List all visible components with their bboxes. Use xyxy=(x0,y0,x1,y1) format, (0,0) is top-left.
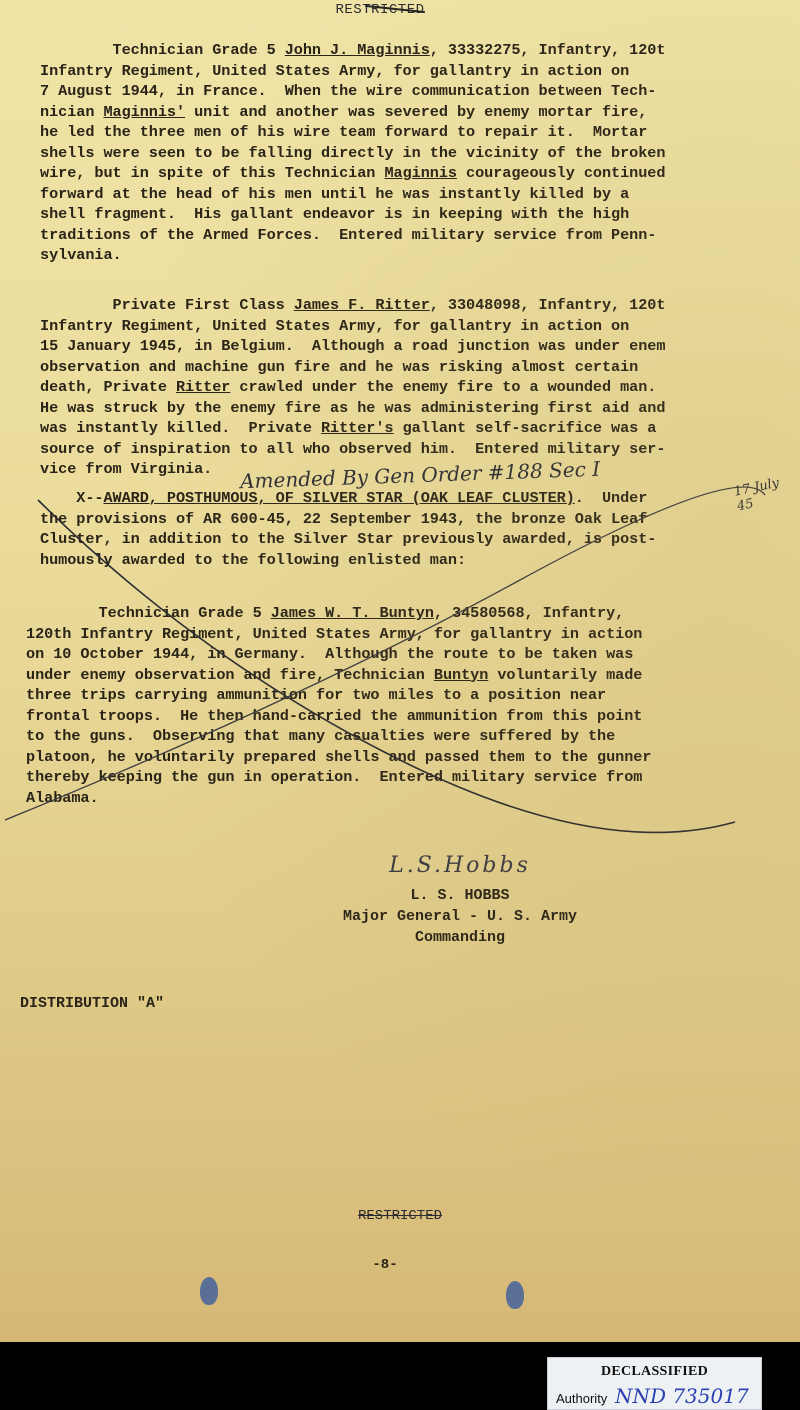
paragraph-section-x: X--AWARD, POSTHUMOUS, OF SILVER STAR (OA… xyxy=(40,488,785,570)
text-line: frontal troops. He then hand-carried the… xyxy=(26,706,771,727)
text-line: Cluster, in addition to the Silver Star … xyxy=(40,529,785,550)
text-line: 120th Infantry Regiment, United States A… xyxy=(26,624,771,645)
signer-role: Commanding xyxy=(330,927,590,948)
page-number: -8- xyxy=(0,1257,770,1273)
text-line: shells were seen to be falling directly … xyxy=(40,143,785,164)
text-line: shell fragment. His gallant endeavor is … xyxy=(40,204,785,225)
text-line: sylvania. xyxy=(40,245,785,266)
text-line: He was struck by the enemy fire as he wa… xyxy=(40,398,785,419)
text-line: under enemy observation and fire, Techni… xyxy=(26,665,771,686)
text-line: Alabama. xyxy=(26,788,771,809)
text-line: X--AWARD, POSTHUMOUS, OF SILVER STAR (OA… xyxy=(40,488,785,509)
text-line: Technician Grade 5 John J. Maginnis, 333… xyxy=(40,40,785,61)
text-line: three trips carrying ammunition for two … xyxy=(26,685,771,706)
text-line: thereby keeping the gun in operation. En… xyxy=(26,767,771,788)
text-line: the provisions of AR 600-45, 22 Septembe… xyxy=(40,509,785,530)
text-line: 7 August 1944, in France. When the wire … xyxy=(40,81,785,102)
text-line: Technician Grade 5 James W. T. Buntyn, 3… xyxy=(26,603,771,624)
text-line: observation and machine gun fire and he … xyxy=(40,357,785,378)
authority-label: Authority xyxy=(556,1391,607,1406)
text-line: he led the three men of his wire team fo… xyxy=(40,122,785,143)
header-stamp-text: RESTRICTED xyxy=(335,2,464,18)
text-line: nician Maginnis' unit and another was se… xyxy=(40,102,785,123)
text-line: humously awarded to the following enlist… xyxy=(40,550,785,571)
text-line: Private First Class James F. Ritter, 330… xyxy=(40,295,785,316)
paragraph-ritter: Private First Class James F. Ritter, 330… xyxy=(40,295,785,480)
text-line: Infantry Regiment, United States Army, f… xyxy=(40,61,785,82)
authority-value: NND 735017 xyxy=(615,1384,749,1408)
text-line: Infantry Regiment, United States Army, f… xyxy=(40,316,785,337)
text-line: platoon, he voluntarily prepared shells … xyxy=(26,747,771,768)
paragraph-maginnis: Technician Grade 5 John J. Maginnis, 333… xyxy=(40,40,785,266)
punch-hole-icon xyxy=(506,1281,524,1309)
signer-name: L. S. HOBBS xyxy=(330,885,590,906)
punch-hole-icon xyxy=(200,1277,218,1305)
declassified-authority: Authority NND 735017 xyxy=(548,1384,761,1408)
declassified-stamp: DECLASSIFIED Authority NND 735017 xyxy=(547,1357,762,1410)
text-line: 15 January 1945, in Belgium. Although a … xyxy=(40,336,785,357)
footer-restricted-stamp: RESTRICTED xyxy=(0,1208,800,1224)
signer-rank: Major General - U. S. Army xyxy=(330,906,590,927)
paragraph-buntyn: Technician Grade 5 James W. T. Buntyn, 3… xyxy=(26,603,771,808)
header-restricted-stamp: RESTRICTED xyxy=(0,2,800,18)
declassified-title: DECLASSIFIED xyxy=(548,1364,761,1380)
document-page: RESTRICTED Technician Grade 5 John J. Ma… xyxy=(0,0,800,1342)
signature-scrawl: L.S.Hobbs xyxy=(330,855,590,885)
text-line: to the guns. Observing that many casualt… xyxy=(26,726,771,747)
text-line: source of inspiration to all who observe… xyxy=(40,439,785,460)
distribution-line: DISTRIBUTION "A" xyxy=(20,995,164,1012)
footer-stamp-text: RESTRICTED xyxy=(358,1208,442,1224)
text-line: forward at the head of his men until he … xyxy=(40,184,785,205)
text-line: was instantly killed. Private Ritter's g… xyxy=(40,418,785,439)
text-line: traditions of the Armed Forces. Entered … xyxy=(40,225,785,246)
text-line: on 10 October 1944, in Germany. Although… xyxy=(26,644,771,665)
text-line: wire, but in spite of this Technician Ma… xyxy=(40,163,785,184)
signature-block: L.S.Hobbs L. S. HOBBS Major General - U.… xyxy=(330,855,590,948)
text-line: death, Private Ritter crawled under the … xyxy=(40,377,785,398)
